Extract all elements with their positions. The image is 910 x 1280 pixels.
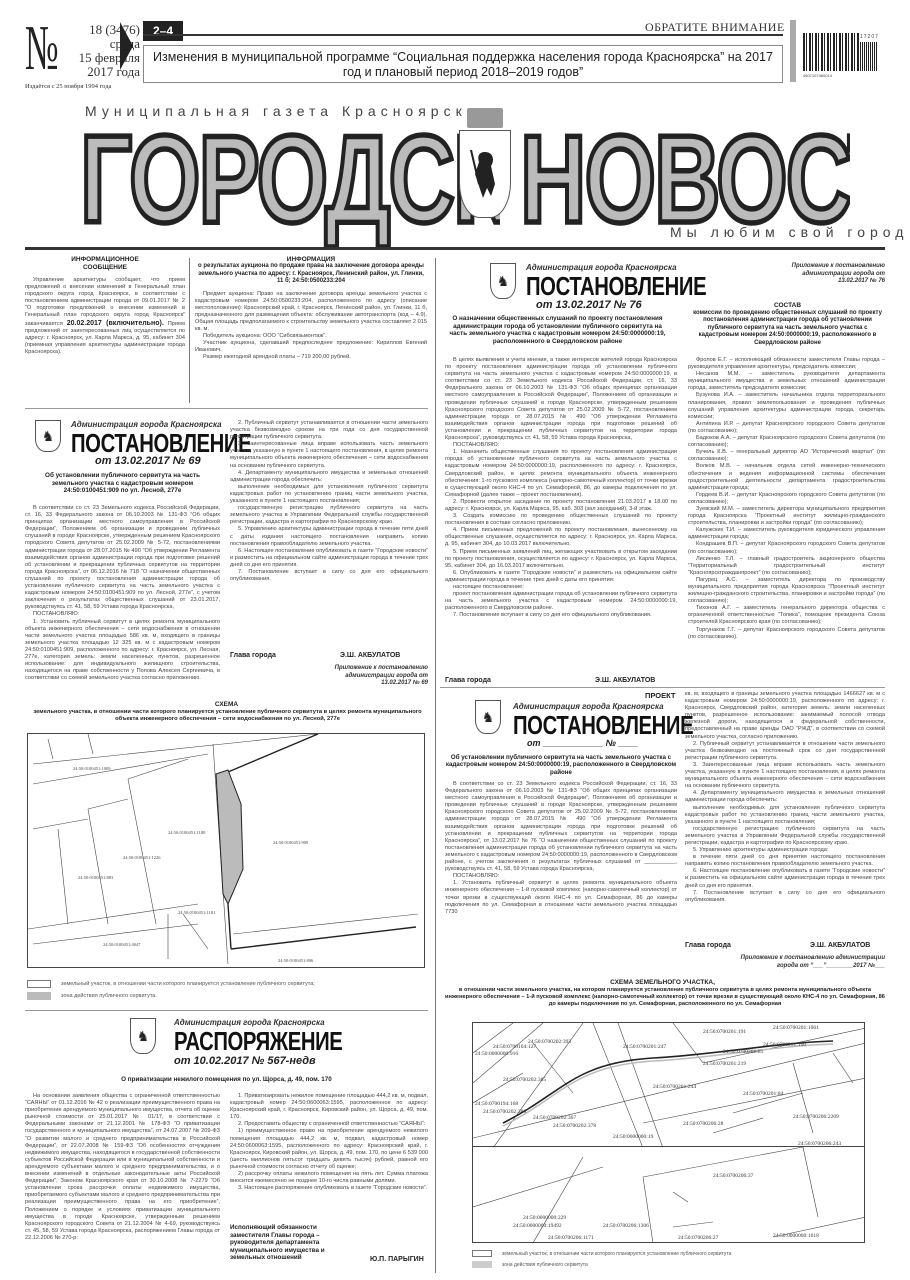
svg-text:24:50:0700206:2209: 24:50:0700206:2209 [793,1114,839,1120]
decree-69-col1: В соответствии со ст. 23 Земельного коде… [25,505,220,682]
legend-zone: зона действия публичного сервитута [472,1261,865,1268]
svg-text:24:50:0700201:219: 24:50:0700201:219 [703,1061,746,1067]
draft-title: Об установлении публичного сервитута на … [445,754,677,776]
auction-info: ИНФОРМАЦИЯ о результатах аукциона по про… [195,256,427,361]
order-567-col2: 1. Приватизировать нежилое помещение пло… [230,1093,428,1192]
svg-text:24:50:0100451:1180: 24:50:0100451:1180 [168,830,206,835]
scheme-draft-title: СХЕМА ЗЕМЕЛЬНОГО УЧАСТКА, [440,979,885,986]
info-message: ИНФОРМАЦИОННОЕ СООБЩЕНИЕ Управление архи… [25,256,185,356]
member: Фролов Е.Г. – исполняющий обязанности за… [688,357,885,371]
order-type: РАСПОРЯЖЕНИЕ [174,1028,342,1054]
masthead-title-left: ГОРОДСКИЕ [80,118,500,248]
auction-body: Предмет аукциона: Право на заключение до… [195,291,427,362]
draft-col1: В соответствии со ст. 23 Земельного коде… [445,781,677,916]
legend-parcel: земельный участок, в отношении части кот… [27,980,425,988]
crest-icon: ♞ [490,263,516,299]
order-567-signer-name: Ю.П. ПАРЫГИН [370,1256,424,1263]
order-date: от 10.02.2017 № 567-недв [174,1055,316,1067]
decree-69-signer-title: Глава города [230,652,276,659]
scheme-69-legend: земельный участок, в отношении части кот… [27,980,425,1004]
decree-76-title: О назначении общественных слушаний по пр… [445,315,670,345]
member: Антипина И.Р. – депутат Красноярского го… [688,421,885,435]
masthead-subtitle: Муниципальная газета Красноярска [85,103,480,119]
svg-text:24:50:0700201:1061: 24:50:0700201:1061 [773,1025,819,1031]
composition-appendix: Приложение к постановлению администрации… [790,263,885,286]
draft-signer-name: Э.Ш. АКБУЛАТОВ [810,942,870,949]
svg-text:24:50:0700202:386: 24:50:0700202:386 [483,1109,526,1115]
decree-69-col2: 2. Публичный сервитут устанавливается в … [230,420,428,583]
scheme-draft-subtitle: в отношении части земельного участка, на… [445,987,885,1007]
member: Тихонов А.Г. – заместитель генерального … [688,605,885,626]
svg-text:24:50:0000000:229: 24:50:0000000:229 [523,1215,566,1221]
cadastral-map-icon: 24:50:0100451:1009 24:50:0100451:1180 24… [28,734,425,968]
info-message-body: Управление архитектуры сообщает, что при… [25,277,185,356]
member: Лисиенко Т.Л. – главный градостроитель а… [688,556,885,577]
masthead-slogan: Мы любим свой город [670,224,908,240]
svg-text:24:50:0700202:378: 24:50:0700202:378 [553,1123,596,1129]
svg-text:24:50:0000000:916: 24:50:0000000:916 [475,1051,518,1057]
decree-76-signer-name: Э.Ш. АКБУЛАТОВ [595,677,655,684]
cadastral-map-lower-icon: 24:50:0700206:37 24:50:0000000:229 24:50… [473,1147,865,1243]
draft-header: ♞ Администрация города Красноярска ПОСТА… [475,700,675,750]
legend-gray-box-icon [472,1261,492,1268]
crest-crown-icon [467,108,503,128]
member: Торгунаков Г.Г. – депутат Красноярского … [688,627,885,641]
decree-76-signer-title: Глава города [445,677,491,684]
issue-block: № 18 (3476) среда 15 февраля 2017 года [25,18,135,88]
decree-69-signer-name: Э.Ш. АКБУЛАТОВ [340,652,400,659]
svg-text:24:50:0000000:19492: 24:50:0000000:19492 [513,1223,562,1229]
scheme-69-title: СХЕМА [25,701,428,708]
member: Бучель К.В. – генеральный директор АО “И… [688,449,885,463]
draft-signer-title: Глава города [685,942,731,949]
decree-date: от 13.02.2017 № 76 [536,299,642,311]
composition-members: Фролов Е.Г. – исполняющий обязанности за… [688,357,885,641]
decree-type: ПОСТАНОВЛЕНИЕ [71,430,251,456]
legend-white-box-icon [472,1250,492,1257]
svg-text:24:50:0000000:19: 24:50:0000000:19 [613,1134,654,1140]
svg-text:24:50:0700206:27: 24:50:0700206:27 [678,1235,719,1241]
auction-subtitle: о результатах аукциона по продаже права … [195,263,427,286]
headline-box[interactable]: Изменения в муниципальной программе “Соц… [143,45,783,83]
svg-text:24:50:0100451:1226: 24:50:0100451:1226 [123,855,161,860]
svg-text:24:50:0700206:1306: 24:50:0700206:1306 [603,1223,649,1229]
divider [25,408,428,409]
svg-text:24:50:0700206:1171: 24:50:0700206:1171 [548,1235,594,1241]
decree-type: ПОСТАНОВЛЕНИЕ [526,273,706,299]
legend-white-box-icon [27,980,51,988]
order-567-header: ♞ Администрация города Красноярска РАСПО… [130,1018,330,1068]
decree-date: от 13.02.2017 № 69 [95,455,201,467]
barcode-bottom-number: 4607107460014 [803,73,832,78]
composition-title: СОСТАВ [690,302,885,309]
scheme-draft-legend: земельный участок, в отношении части кот… [472,1250,865,1272]
arrow-icon [120,22,133,70]
member: Волков М.В. – начальник отдела сетей инж… [688,463,885,491]
title-left-text: ГОРОДСКИЕ [80,118,500,242]
svg-text:24:50:0100451:4047: 24:50:0100451:4047 [103,942,141,947]
decree-date: от ____________ № ____ [527,738,638,748]
page-range: 2–4 [143,21,183,41]
member: Несанов М.М. – заместитель руководителя … [688,371,885,392]
attention-label: ОБРАТИТЕ ВНИМАНИЕ [645,20,785,35]
info-message-title: ИНФОРМАЦИОННОЕ СООБЩЕНИЕ [25,256,185,272]
headline-text: Изменения в муниципальной программе “Соц… [153,50,773,79]
decree-69-title: Об установлении публичного сервитута на … [35,472,210,495]
member: Калужских Т.И. – заместитель руководител… [688,527,885,541]
crest-icon: ♞ [475,700,501,734]
draft-label: ПРОЕКТ [645,691,675,700]
member: Пагурец А.С. – заместитель директора по … [688,577,885,605]
scheme-69-subtitle: земельного участка, в отношении части ко… [30,709,425,723]
member: Зуевский М.М. – заместитель директора му… [688,506,885,527]
member: Бузунова И.А. – заместитель начальника о… [688,392,885,420]
published-since: Издаётся с 25 ноября 1994 года [25,83,111,90]
cadastral-map-icon: 24:50:0700201:19124:50:0700201:1061 24:5… [473,1023,865,1147]
svg-text:24:50:0700201:191: 24:50:0700201:191 [703,1029,746,1035]
deadline: 20.02.2017 (включительно). [67,320,164,327]
decree-69-appendix: Приложение к постановлению администрации… [330,665,428,688]
svg-text:24:50:0000000:1618: 24:50:0000000:1618 [773,1233,819,1239]
divider [440,687,885,688]
divider [189,258,190,403]
masthead-rule [25,247,885,250]
auction-title: ИНФОРМАЦИЯ [195,256,427,263]
legend-gray-box-icon [27,992,51,1000]
barcode-top-number: 17207 [860,34,879,40]
svg-text:24:50:0700201:244: 24:50:0700201:244 [653,1084,696,1090]
member: Кондрашев В.П. – депутат Красноярского г… [688,541,885,555]
scheme-draft-map-lower: 24:50:0700206:37 24:50:0000000:229 24:50… [472,1147,865,1243]
svg-text:24:50:0700201:247: 24:50:0700201:247 [623,1044,666,1050]
member: Гордеев В.И. – депутат Красноярского гор… [688,492,885,506]
barcode-icon [803,33,859,71]
svg-text:24:50:0700206:28: 24:50:0700206:28 [683,1121,724,1127]
svg-text:24:50:0100451:909: 24:50:0100451:909 [273,840,309,845]
svg-text:24:50:0700104:127: 24:50:0700104:127 [493,1044,536,1050]
draft-col2: кв. м, входящего в границы земельного уч… [685,691,885,904]
decree-76-body: В целях выявления и учета мнения, а такж… [445,357,677,619]
order-567-col1: На основании заявления общества с ограни… [25,1093,220,1242]
svg-text:24:50:0700201:81: 24:50:0700201:81 [723,1049,764,1055]
column-divider [435,258,436,1273]
crest-shield-icon [459,130,511,218]
order-567-signer-title: Исполняющий обязанности заместителя Глав… [230,1224,342,1262]
lion-icon [465,144,505,204]
decree-type: ПОСТАНОВЛЕНИЕ [513,712,693,738]
svg-text:24:50:0700194:168: 24:50:0700194:168 [475,1101,518,1107]
svg-text:24:50:0700201:100: 24:50:0700201:100 [763,1042,806,1048]
divider [25,1010,428,1011]
svg-text:24:50:0700202:367: 24:50:0700202:367 [533,1115,576,1121]
decree-69-header: ♞ Администрация города Красноярска ПОСТА… [35,420,225,470]
svg-text:24:50:0100451:1181: 24:50:0100451:1181 [178,910,215,915]
gray-bar [790,20,796,82]
scheme-69-map[interactable]: 24:50:0100451:1009 24:50:0100451:1180 24… [27,733,425,968]
legend-zone: зона действия публичного сервитута. [27,992,425,1000]
svg-text:24:50:0100451:806: 24:50:0100451:806 [278,958,314,963]
legend-parcel: земельный участок, в отношении части кот… [472,1250,865,1257]
number-sign: № [25,18,57,78]
crest-icon: ♞ [35,420,61,452]
member: Бадюков А.А. – депутат Красноярского гор… [688,435,885,449]
crest-icon: ♞ [130,1018,156,1054]
svg-text:24:50:0100451:883: 24:50:0100451:883 [78,875,114,880]
scheme-draft-map[interactable]: 24:50:0700201:19124:50:0700201:1061 24:5… [472,1022,865,1147]
draft-appendix: Приложение к постановлению администрации… [720,955,885,970]
svg-text:24:50:0700202:385: 24:50:0700202:385 [503,1077,546,1083]
crest-icon [455,108,515,223]
svg-text:24:50:0700201:84: 24:50:0700201:84 [743,1091,784,1097]
composition-subtitle: комиссии по проведению общественных слуш… [690,310,885,347]
barcode-addon-icon [860,42,878,71]
parcel-label: 24:50:0100451:1009 [73,766,111,771]
decree-76-header: ♞ Администрация города Красноярска ПОСТА… [490,263,680,313]
order-567-title: О приватизации нежилого помещения по ул.… [25,1076,428,1083]
svg-text:24:50:0700206:37: 24:50:0700206:37 [713,1173,754,1179]
